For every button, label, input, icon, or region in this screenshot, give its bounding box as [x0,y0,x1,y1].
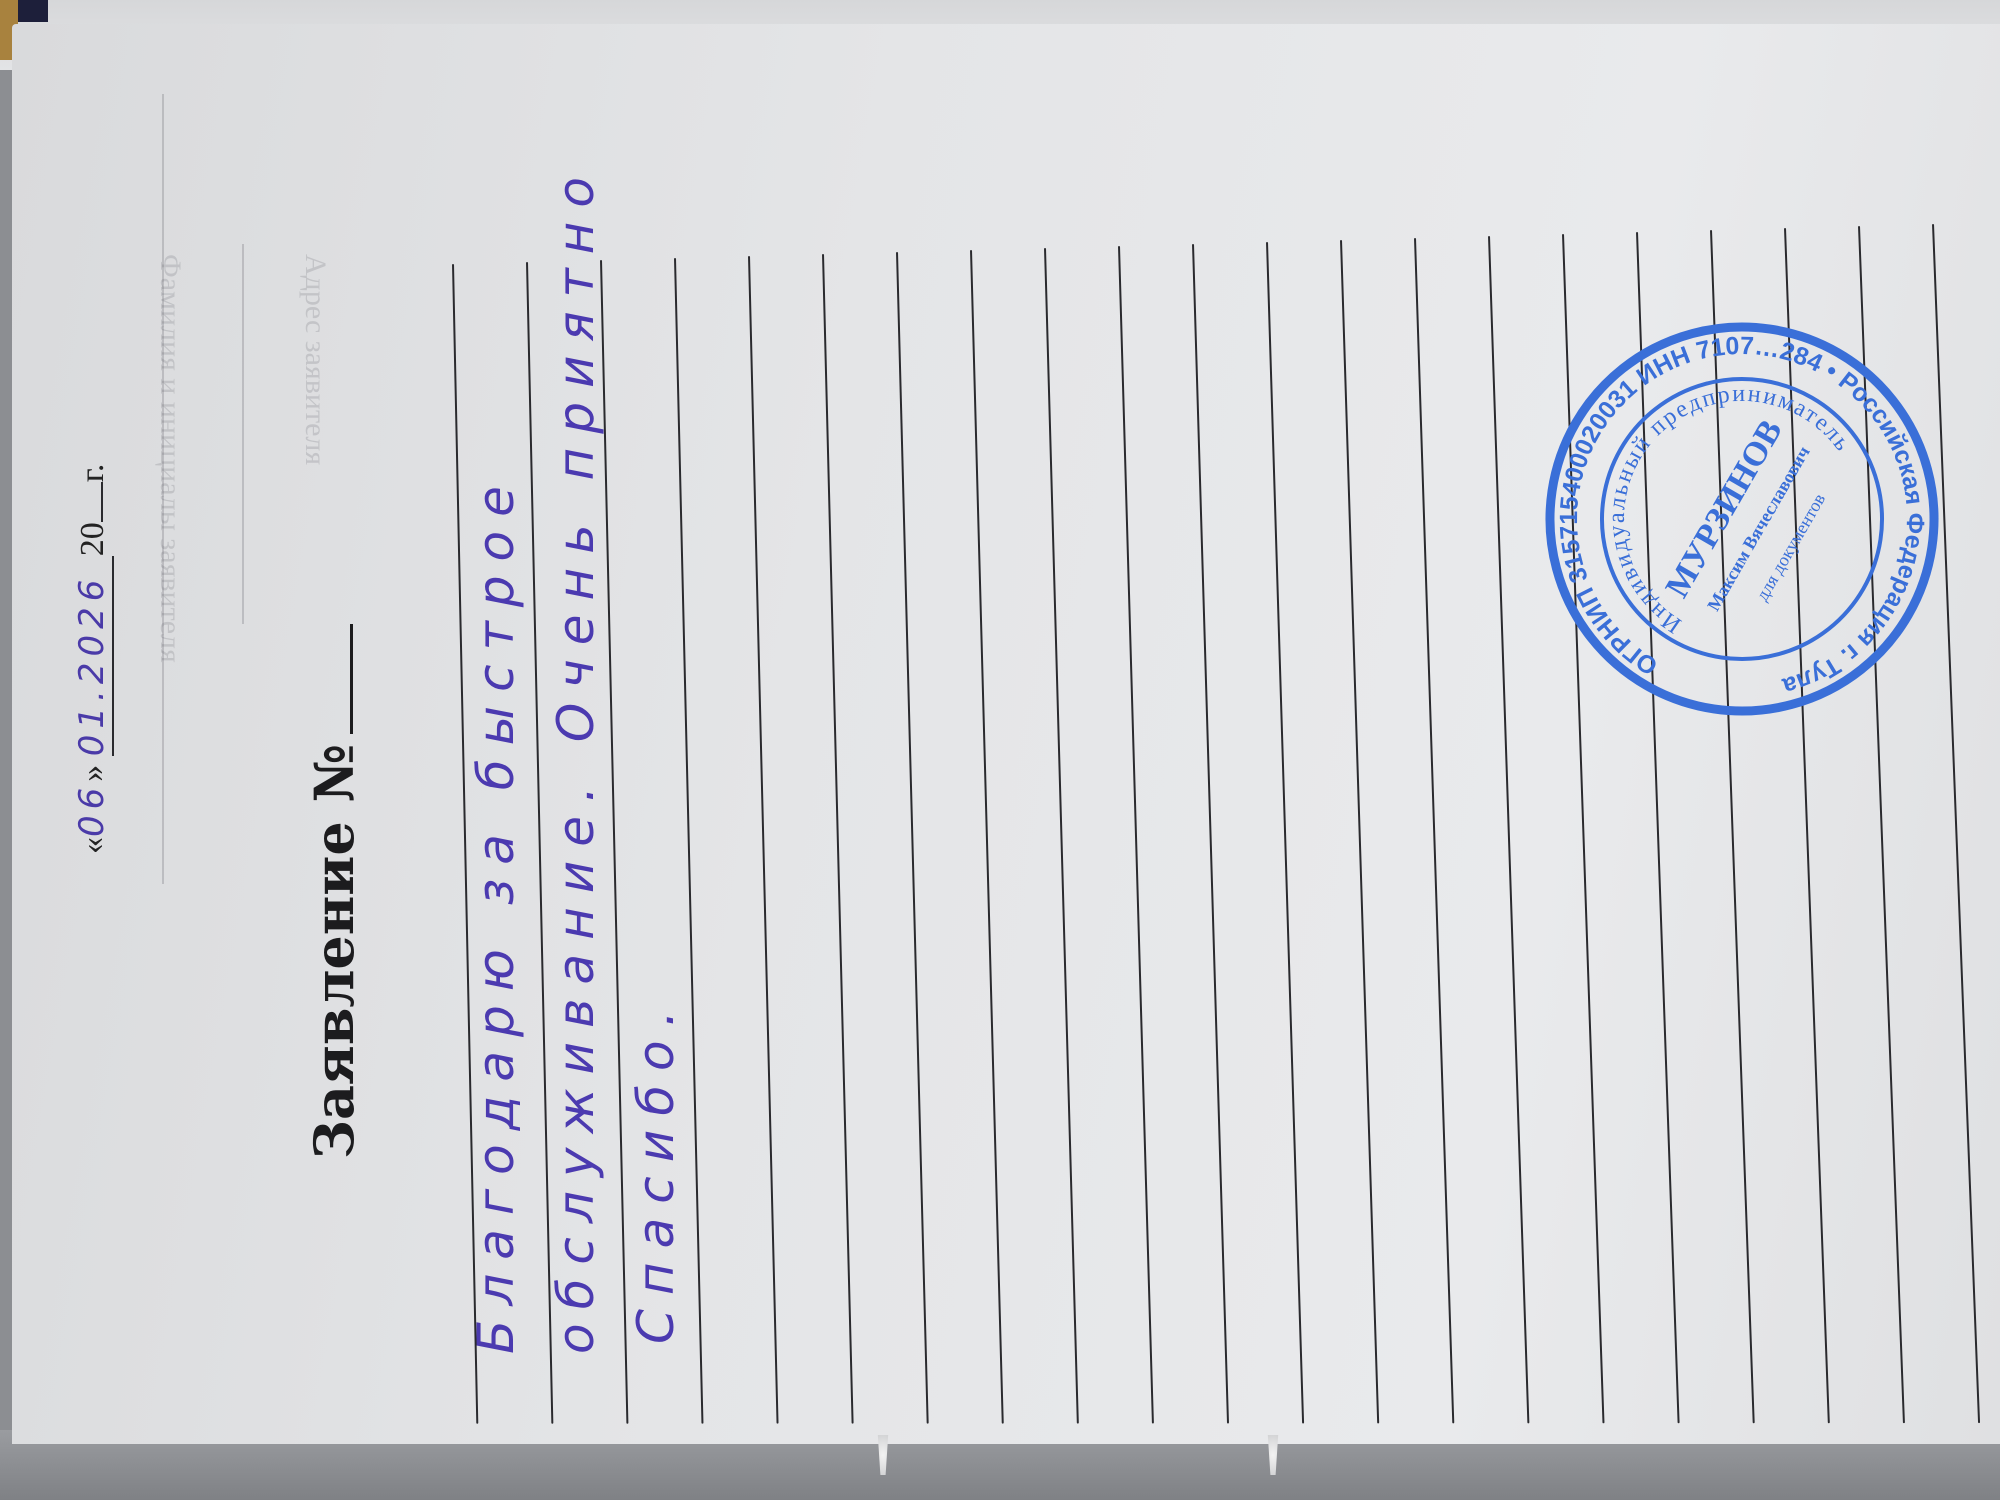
ruled-line [1488,236,1529,1423]
ruled-line [1044,248,1079,1424]
date-month-year: 01.2026 [72,574,112,757]
ruled-line [822,254,854,1424]
title-number-blank [350,624,353,734]
ruled-line [1192,244,1229,1424]
handwritten-line-1: Благодарю за быстрое [467,472,525,1354]
ruled-line [1340,240,1379,1423]
svg-text:ОГРНИП 315715400020031 ИНН 710: ОГРНИП 315715400020031 ИНН 7107…284 • Ро… [1486,263,1997,774]
ruled-line [1414,238,1454,1423]
print-through-text: Адрес заявителя [298,254,332,465]
ruled-line [748,256,779,1424]
date-year-prefix: 20 [74,522,111,556]
date-close-quote: » [74,765,111,782]
handwritten-line-3: Спасибо. [627,996,685,1344]
company-stamp: ОГРНИП 315715400020031 ИНН 7107…284 • Ро… [1464,243,2000,794]
date-year-suffix [101,482,103,522]
print-through-text: Фамилия и инициалы заявителя [153,254,187,663]
date-open-quote: « [74,837,111,854]
ghost-line [242,244,244,624]
round-stamp-icon: ОГРНИП 315715400020031 ИНН 7107…284 • Ро… [1464,243,2000,794]
ruled-line [896,252,929,1424]
ruled-line [1118,246,1154,1424]
page-title-text: Заявление № [302,744,366,1159]
date-day: 06 [72,782,112,837]
date-year-abbr: г. [74,464,111,483]
ruled-line [970,250,1004,1424]
page-title: Заявление № [302,624,366,1159]
handwritten-line-2: обслуживание. Очень приятно [547,163,605,1354]
notebook-cover-dark [18,0,48,22]
notebook-page: Фамилия и инициалы заявителя Адрес заяви… [12,24,2000,1444]
stamp-outer-text: ОГРНИП 315715400020031 ИНН 7107…284 • Ро… [1486,263,1997,774]
ruled-line [1266,242,1304,1424]
date-line: «06» 01.202620г. [72,464,114,854]
